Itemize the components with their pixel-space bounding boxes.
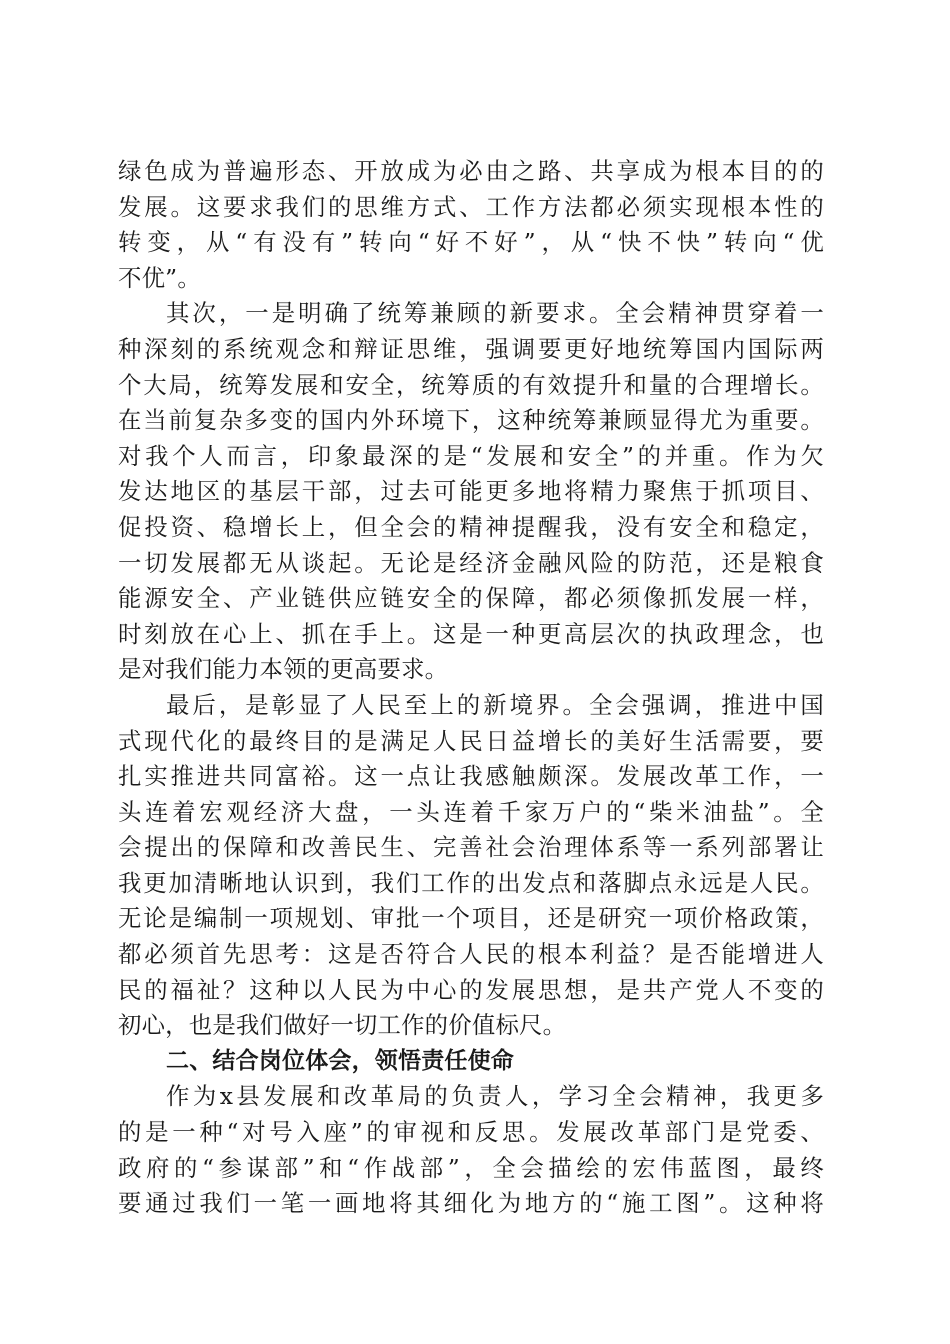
- text-line: 都必须首先思考：这是否符合人民的根本利益？是否能增进人: [118, 937, 824, 973]
- text-line: 促投资、稳增长上，但全会的精神提醒我，没有安全和稳定，: [118, 510, 824, 546]
- text-line: 对我个人而言，印象最深的是“发展和安全”的并重。作为欠: [118, 439, 824, 475]
- text-line: 扎实推进共同富裕。这一点让我感触颇深。发展改革工作，一: [118, 759, 824, 795]
- text-line: 个大局，统筹发展和安全，统筹质的有效提升和量的合理增长。: [118, 368, 824, 404]
- text-line: 式现代化的最终目的是满足人民日益增长的美好生活需要，要: [118, 724, 824, 760]
- text-line: 发达地区的基层干部，过去可能更多地将精力聚焦于抓项目、: [118, 474, 824, 510]
- text-line: 民的福祉？这种以人民为中心的发展思想，是共产党人不变的: [118, 973, 824, 1009]
- text-line: 无论是编制一项规划、审批一个项目，还是研究一项价格政策，: [118, 901, 824, 937]
- text-line: 在当前复杂多变的国内外环境下，这种统筹兼顾显得尤为重要。: [118, 403, 824, 439]
- text-line: 我更加清晰地认识到，我们工作的出发点和落脚点永远是人民。: [118, 866, 824, 902]
- text-line: 绿色成为普遍形态、开放成为必由之路、共享成为根本目的的: [118, 154, 824, 190]
- text-line: 转变，从“有没有”转向“好不好”，从“快不快”转向“优: [118, 225, 824, 261]
- text-line: 作为x县发展和改革局的负责人，学习全会精神，我更多: [118, 1079, 824, 1115]
- text-line: 时刻放在心上、抓在手上。这是一种更高层次的执政理念，也: [118, 617, 824, 653]
- text-line: 是对我们能力本领的更高要求。: [118, 652, 824, 688]
- text-line: 会提出的保障和改善民生、完善社会治理体系等一系列部署让: [118, 830, 824, 866]
- text-line: 要通过我们一笔一画地将其细化为地方的“施工图”。这种将: [118, 1186, 824, 1222]
- text-line: 的是一种“对号入座”的审视和反思。发展改革部门是党委、: [118, 1115, 824, 1151]
- text-line: 政府的“参谋部”和“作战部”，全会描绘的宏伟蓝图，最终: [118, 1151, 824, 1187]
- text-line: 发展。这要求我们的思维方式、工作方法都必须实现根本性的: [118, 190, 824, 226]
- paragraph-role-reflection: 作为x县发展和改革局的负责人，学习全会精神，我更多 的是一种“对号入座”的审视和…: [118, 1079, 824, 1221]
- text-line: 不优”。: [118, 261, 824, 297]
- text-line: 种深刻的系统观念和辩证思维，强调要更好地统筹国内国际两: [118, 332, 824, 368]
- document-page: 绿色成为普遍形态、开放成为必由之路、共享成为根本目的的 发展。这要求我们的思维方…: [118, 154, 824, 1222]
- paragraph-continuation: 绿色成为普遍形态、开放成为必由之路、共享成为根本目的的 发展。这要求我们的思维方…: [118, 154, 824, 296]
- text-line: 最后，是彰显了人民至上的新境界。全会强调，推进中国: [118, 688, 824, 724]
- text-line: 一切发展都无从谈起。无论是经济金融风险的防范，还是粮食: [118, 546, 824, 582]
- text-line: 能源安全、产业链供应链安全的保障，都必须像抓发展一样，: [118, 581, 824, 617]
- paragraph-overall-planning: 其次，一是明确了统筹兼顾的新要求。全会精神贯穿着一 种深刻的系统观念和辩证思维，…: [118, 296, 824, 688]
- text-line: 头连着宏观经济大盘，一头连着千家万户的“柴米油盐”。全: [118, 795, 824, 831]
- section-heading: 二、结合岗位体会，领悟责任使命: [118, 1044, 824, 1080]
- text-line: 其次，一是明确了统筹兼顾的新要求。全会精神贯穿着一: [118, 296, 824, 332]
- text-line: 初心，也是我们做好一切工作的价值标尺。: [118, 1008, 824, 1044]
- paragraph-people-first: 最后，是彰显了人民至上的新境界。全会强调，推进中国 式现代化的最终目的是满足人民…: [118, 688, 824, 1044]
